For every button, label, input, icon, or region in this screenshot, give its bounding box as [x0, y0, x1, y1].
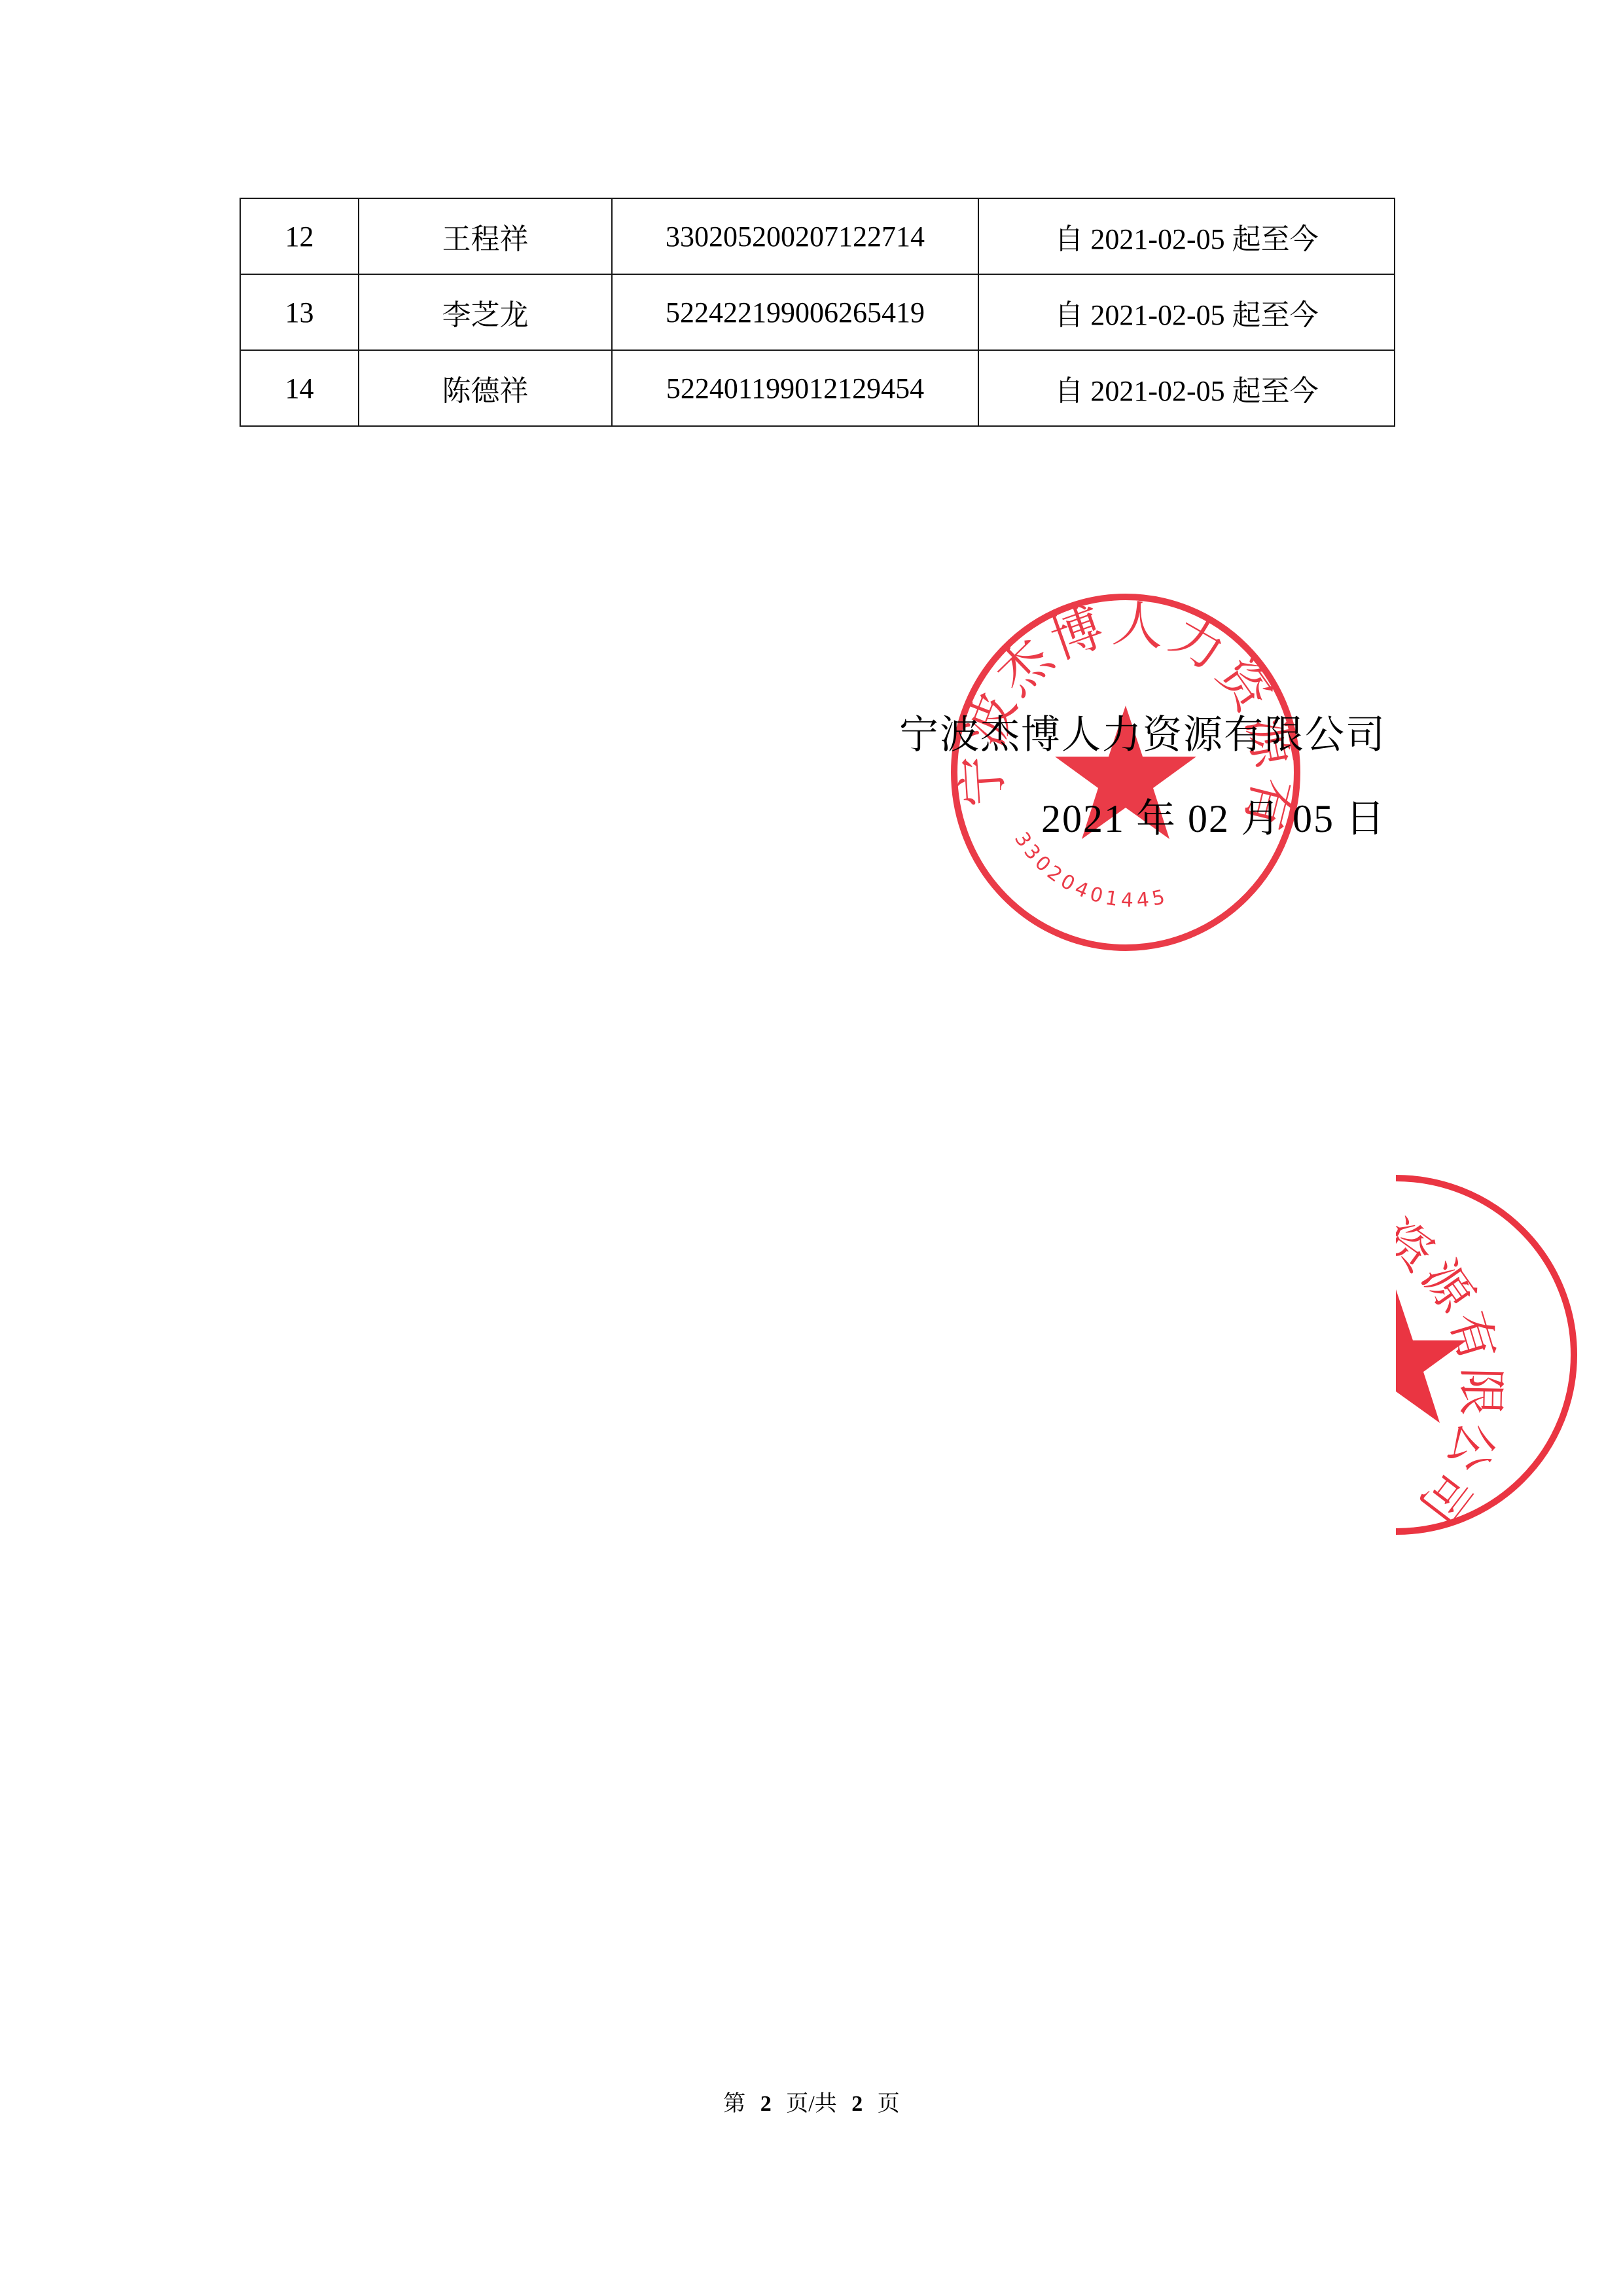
footer-middle: 页/共	[786, 2085, 836, 2117]
document-page: 12 王程祥 330205200207122714 自 2021-02-05 起…	[0, 0, 1623, 2296]
cross-page-seal-icon: 人力资源有限公司	[1396, 1165, 1592, 1545]
row-index: 13	[240, 274, 359, 350]
employee-name: 王程祥	[359, 198, 612, 274]
id-number: 522422199006265419	[612, 274, 978, 350]
id-number: 522401199012129454	[612, 350, 978, 426]
table-row: 13 李芝龙 522422199006265419 自 2021-02-05 起…	[240, 274, 1395, 350]
row-index: 12	[240, 198, 359, 274]
page-footer: 第 2 页/共 2 页	[0, 2085, 1623, 2117]
table-row: 12 王程祥 330205200207122714 自 2021-02-05 起…	[240, 198, 1395, 274]
cross-page-seal: 人力资源有限公司	[1396, 1165, 1623, 1545]
employment-period: 自 2021-02-05 起至今	[978, 274, 1395, 350]
employment-period: 自 2021-02-05 起至今	[978, 350, 1395, 426]
current-page-number: 2	[760, 2092, 772, 2116]
total-pages-number: 2	[851, 2092, 863, 2116]
employee-name: 陈德祥	[359, 350, 612, 426]
employee-table: 12 王程祥 330205200207122714 自 2021-02-05 起…	[240, 198, 1395, 427]
employment-period: 自 2021-02-05 起至今	[978, 198, 1395, 274]
table-row: 14 陈德祥 522401199012129454 自 2021-02-05 起…	[240, 350, 1395, 426]
row-index: 14	[240, 350, 359, 426]
id-number: 330205200207122714	[612, 198, 978, 274]
employee-name: 李芝龙	[359, 274, 612, 350]
official-seal-icon: 宁波杰博人力资源有限公司 3302040144565	[942, 589, 1309, 956]
footer-prefix: 第	[723, 2085, 745, 2117]
footer-suffix: 页	[878, 2085, 900, 2117]
